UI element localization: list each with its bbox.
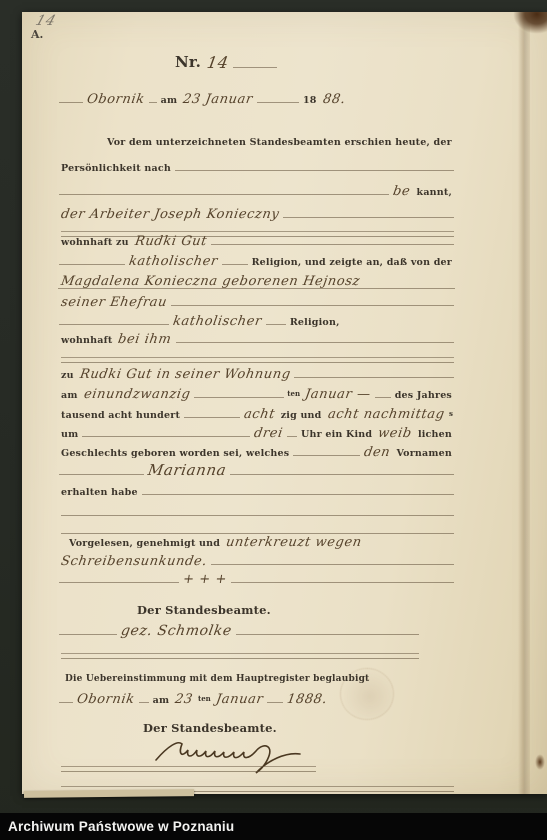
printed-text: Der Standesbeamte. [143, 722, 277, 734]
handwritten-text: 23 [174, 693, 194, 706]
handwritten-text: drei [253, 427, 284, 440]
ruled-line [266, 323, 286, 325]
vorgelesen-line: Vorgelesen, genehmigt undunterkreuzt weg… [58, 533, 455, 549]
ruled-line [230, 473, 454, 475]
form-corner-letter: A. [31, 28, 43, 41]
paper-stain [513, 12, 547, 34]
ruled-line [61, 514, 454, 516]
printed-text: wohnhaft [61, 336, 112, 346]
ruled-line [82, 435, 250, 437]
printed-text: am [61, 391, 78, 401]
paper-stain-small [535, 754, 545, 770]
handwritten-text: Januar — [304, 388, 372, 401]
ruled-line [283, 216, 454, 218]
crosses-line: + + + [58, 570, 455, 586]
ruled-line [294, 376, 454, 378]
ruled-line [59, 581, 179, 583]
ruled-line [222, 263, 248, 265]
certification-date-line: Obornikam23tenJanuar1888. [58, 690, 357, 706]
ruled-line [176, 341, 454, 343]
place-date-line: Obornikam23 Januar1888. [58, 90, 355, 106]
blank-rule [60, 503, 455, 519]
birth-day-line: ameinundzwanzigtenJanuar —des Jahres [58, 385, 455, 401]
printed-text: am [153, 696, 170, 706]
child-name-line: Marianna [58, 462, 455, 478]
blank-double-rule [60, 349, 455, 365]
ruled-line [59, 193, 389, 195]
erhalten-habe-line: erhalten habe [58, 482, 455, 498]
ruled-line [211, 243, 454, 245]
ruled-line [59, 701, 73, 703]
printed-text: um [61, 430, 78, 440]
ruled-line [267, 701, 283, 703]
printed-text: Vorgelesen, genehmigt und [69, 539, 220, 549]
handwritten-text: Rudki Gut in seiner Wohnung [79, 368, 292, 381]
printed-text: Vor dem unterzeichneten Standesbeamten e… [107, 138, 452, 148]
printed-text: Persönlichkeit nach [61, 164, 171, 174]
ruled-line [293, 454, 360, 456]
certification-line: Die Uebereinstimmung mit dem Hauptregist… [58, 668, 455, 684]
handwritten-text: bei ihm [117, 333, 172, 346]
ruled-line [171, 304, 454, 306]
book-binding-edge [518, 12, 530, 794]
printed-text: 18 [303, 96, 317, 106]
printed-text: zu [61, 371, 74, 381]
printed-text: lichen [418, 430, 452, 440]
printed-text: des Jahres [395, 391, 452, 401]
handwritten-text: Rudki Gut [134, 235, 208, 248]
ruled-line [257, 101, 299, 103]
ruled-line [233, 66, 277, 68]
printed-text: wohnhaft zu [61, 238, 129, 248]
birth-place-line: zuRudki Gut in seiner Wohnung [58, 365, 455, 381]
printed-superscript: ten [198, 695, 211, 702]
printed-text: tausend acht hundert [61, 411, 180, 421]
residence-line: wohnhaft zuRudki Gut [58, 232, 455, 248]
birth-year-line: tausend acht hundertachtzig undacht nach… [58, 405, 455, 421]
handwritten-text: + + + [182, 573, 228, 586]
printed-text: Der Standesbeamte. [137, 604, 271, 616]
intro-line: Vor dem unterzeichneten Standesbeamten e… [58, 132, 455, 148]
standesbeamte-heading: Der Standesbeamte. [140, 718, 347, 734]
ruled-line [375, 396, 391, 398]
handwritten-text: der Arbeiter Joseph Konieczny [60, 208, 280, 221]
registrar-signature-line: gez. Schmolke [58, 622, 420, 638]
handwritten-text: 14 [206, 55, 230, 71]
printed-text: Geschlechts geboren worden sei, welches [61, 449, 289, 459]
ehefrau-line: seiner Ehefrau [58, 293, 455, 309]
double-ruled-line [61, 766, 316, 772]
printed-text: Religion, und zeigte an, daß von der [252, 258, 452, 268]
printed-text: erhalten habe [61, 488, 138, 498]
handwritten-text: Magdalena Konieczna geborenen Hejnosz [60, 275, 361, 288]
handwritten-text: weib [377, 427, 413, 440]
printed-text: Vornamen [396, 449, 452, 459]
religion-line: katholischerReligion, und zeigte an, daß… [58, 252, 455, 268]
ruled-line [59, 101, 83, 103]
archive-name-label: Archiwum Państwowe w Poznaniu [8, 819, 234, 834]
pencil-page-number: 14 [33, 13, 58, 29]
handwritten-text: seiner Ehefrau [60, 296, 168, 309]
double-ruled-line [61, 357, 454, 363]
archive-scan-viewer: { "archive": { "label": "Archiwum Państw… [0, 0, 547, 840]
printed-text: Nr. [175, 55, 201, 71]
ruled-line [211, 563, 454, 565]
ruled-line [59, 323, 169, 325]
handwritten-text: 88. [322, 93, 347, 106]
ruled-line [59, 473, 144, 475]
handwritten-text: acht nachmittag [326, 408, 445, 421]
ruled-line [149, 101, 157, 103]
document-page: 14 A. Nr.14Obornikam23 Januar1888.Vor de… [22, 12, 547, 794]
handwritten-text: Marianna [147, 463, 228, 478]
bekannt-line: bekannt, [58, 182, 455, 198]
under-page-edge [24, 789, 194, 798]
printed-superscript: ten [287, 390, 300, 397]
handwritten-text: acht [243, 408, 276, 421]
double-ruled-line [61, 653, 419, 659]
schreibensunkunde-line: Schreibensunkunde. [58, 552, 455, 568]
printed-text: Uhr ein Kind [301, 430, 372, 440]
ruled-line [59, 633, 117, 635]
signature-rule [60, 758, 317, 774]
printed-text: Religion, [290, 318, 340, 328]
handwritten-text: Obornik [86, 93, 146, 106]
ruled-line [287, 435, 297, 437]
ruled-line [142, 493, 454, 495]
handwritten-text: den [363, 446, 391, 459]
handwritten-text: unterkreuzt wegen [225, 536, 363, 549]
archive-caption-bar: Archiwum Państwowe w Poznaniu [0, 813, 547, 840]
birth-hour-line: umdreiUhr ein Kindweiblichen [58, 424, 455, 440]
printed-text: kannt, [417, 188, 452, 198]
printed-text: Die Uebereinstimmung mit dem Hauptregist… [65, 675, 369, 684]
printed-text: zig und [281, 411, 322, 421]
handwritten-text: katholischer [172, 315, 263, 328]
ruled-line [194, 396, 284, 398]
persoenlichkeit-line: Persönlichkeit nach [58, 158, 455, 174]
ruled-line [236, 633, 419, 635]
ruled-line [59, 263, 125, 265]
handwritten-text: gez. Schmolke [120, 624, 233, 638]
handwritten-text: 23 Januar [182, 93, 254, 106]
printed-superscript: s [449, 410, 453, 417]
ruled-line [139, 701, 149, 703]
handwritten-text: Obornik [76, 693, 136, 706]
record-number-line: Nr.14 [172, 55, 307, 71]
ruled-line [231, 581, 454, 583]
declarant-name-line: der Arbeiter Joseph Konieczny [58, 205, 455, 221]
gender-line: Geschlechts geboren worden sei, welchesd… [58, 443, 455, 459]
handwritten-text: be [392, 185, 411, 198]
blank-double-rule [60, 645, 420, 661]
handwritten-text: katholischer [128, 255, 219, 268]
handwritten-text: Schreibensunkunde. [60, 555, 208, 568]
handwritten-text: 1888. [286, 693, 328, 706]
handwritten-text: einundzwanzig [83, 388, 192, 401]
handwritten-text: Januar [215, 693, 264, 706]
standesbeamte-heading: Der Standesbeamte. [134, 600, 347, 616]
mother-name-line: Magdalena Konieczna geborenen Hejnosz [58, 272, 455, 289]
ruled-line [175, 169, 454, 171]
printed-text: am [161, 96, 178, 106]
ruled-line [184, 416, 240, 418]
mother-religion-line: katholischerReligion, [58, 312, 455, 328]
mother-residence-line: wohnhaftbei ihm [58, 330, 455, 346]
